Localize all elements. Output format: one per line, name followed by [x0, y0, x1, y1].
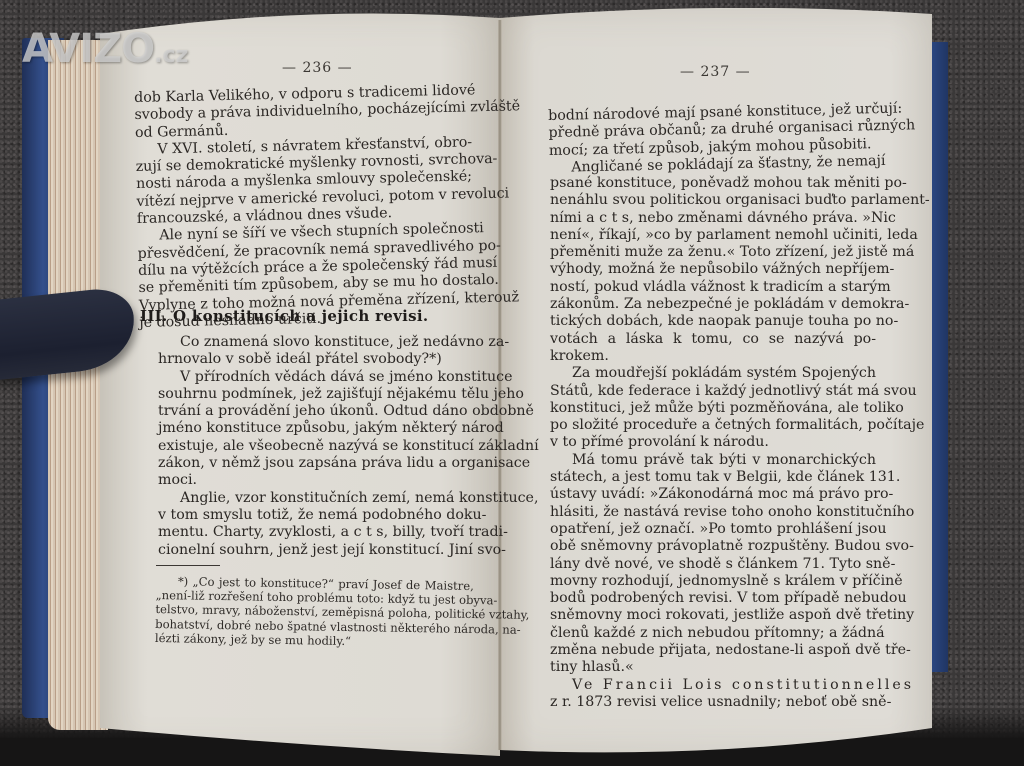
book-gutter: [498, 20, 502, 750]
text-line: členů každé z nich nebudou přítomny; a ž…: [550, 625, 876, 642]
text-line: konstituci, jež může býti pozměňována, a…: [550, 400, 876, 417]
text-line: Anglie, vzor konstitučních zemí, nemá ko…: [158, 490, 476, 507]
text-line: lány dvě nové, ve shodě s článkem 71. Ty…: [550, 556, 876, 573]
text-line: výhody, možná že nepůsobilo vážných nepř…: [550, 261, 876, 278]
text-line: ností, pokud vládla vážnost k tradicím a…: [550, 279, 876, 296]
text-line: Co znamená slovo konstituce, jež nedávno…: [158, 334, 476, 351]
footnote-rule: [156, 565, 220, 566]
text-line: Má tomu právě tak býti v monarchických: [550, 452, 876, 469]
left-page-text-bottom: Co znamená slovo konstituce, jež nedávno…: [158, 334, 476, 559]
text-line: ními a c t s, nebo změnami dávného práva…: [550, 210, 876, 227]
text-line: ústavy uvádí: »Zákonodárná moc má právo …: [550, 486, 876, 503]
text-line: Za moudřejší pokládám systém Spojených: [550, 365, 876, 382]
text-line: opatření, jež označí. »Po tomto prohláše…: [550, 521, 876, 538]
text-line: bodů podrobených revisi. V tom případě n…: [550, 590, 876, 607]
text-line: movny rozhodují, jednomyslně s králem v …: [550, 573, 876, 590]
text-line: nenáhlu svou politickou organisaci buďto…: [550, 192, 876, 209]
right-page-number: — 237 —: [680, 64, 751, 80]
text-line: po složité proceduře a četných formalitá…: [550, 417, 876, 434]
text-line: votách a láska k tomu, co se nazývá po-: [550, 331, 876, 348]
text-line: zákon, v němž jsou zapsána práva lidu a …: [158, 455, 476, 472]
text-line: cionelní souhrn, jenž jest její konstitu…: [158, 542, 476, 559]
text-line: státech, a jest tomu tak v Belgii, kde č…: [550, 469, 876, 486]
text-line: změna nebude přijata, nedostane-li aspoň…: [550, 642, 876, 659]
text-line: psané konstituce, poněvadž mohou tak měn…: [550, 175, 876, 192]
text-line: v to přímé provolání k národu.: [550, 434, 876, 451]
watermark-tld: .cz: [154, 43, 188, 68]
text-line: tických dobách, kde naopak panuje touha …: [550, 313, 876, 330]
text-line: moci.: [158, 472, 476, 489]
text-line: krokem.: [550, 348, 876, 365]
watermark-logo: AVIZO.cz: [22, 26, 188, 72]
text-line: zákonům. Za nebezpečné je pokládám v dem…: [550, 296, 876, 313]
text-line: z r. 1873 revisi velice usnadnily; neboť…: [550, 694, 876, 711]
text-line: trvání a provádění jeho úkonů. Odtud dán…: [158, 403, 476, 420]
text-line: Ve Francii Lois constitutionnelles: [550, 677, 876, 694]
text-line: mentu. Charty, zvyklosti, a c t s, billy…: [158, 524, 476, 541]
text-line: tiny hlasů.«: [550, 659, 876, 676]
book-cover-right: [932, 42, 948, 672]
text-line: přeměniti muže za ženu.« Toto zřízení, j…: [550, 244, 876, 261]
left-page-text-top: dob Karla Velikého, v odporu s tradicemi…: [134, 83, 469, 333]
text-line: není«, říkají, »co by parlament nemohl u…: [550, 227, 876, 244]
page-edges-left: [48, 40, 108, 730]
text-line: jméno konstituce způsobu, jakým některý …: [158, 420, 476, 437]
text-line: Států, kde federace i každý jednotlivý s…: [550, 383, 876, 400]
footnote: *) „Co jest to konstituce?“ praví Josef …: [155, 574, 474, 650]
text-line: v tom smyslu totiž, že nemá podobného do…: [158, 507, 476, 524]
section-heading: III. O konstitucích a jejich revisi.: [140, 307, 428, 325]
text-line: sněmovny moci rokovati, jestliže aspoň d…: [550, 607, 876, 624]
watermark-brand: AVIZO: [22, 26, 154, 72]
right-page-text-top: bodní národové mají psané konstituce, je…: [548, 101, 877, 177]
text-line: souhrnu podmínek, jež zajišťují nějakému…: [158, 386, 476, 403]
right-page-text-main: psané konstituce, poněvadž mohou tak měn…: [550, 175, 876, 711]
left-page-number: — 236 —: [282, 60, 353, 76]
text-line: hlásiti, že nastává revise toho onoho ko…: [550, 504, 876, 521]
text-line: existuje, ale všeobecně nazývá se konsti…: [158, 438, 476, 455]
text-line: hrnovalo v sobě ideál přátel svobody?*): [158, 351, 476, 368]
text-line: obě sněmovny právoplatně rozpuštěny. Bud…: [550, 538, 876, 555]
text-line: V přírodních vědách dává se jméno konsti…: [158, 369, 476, 386]
